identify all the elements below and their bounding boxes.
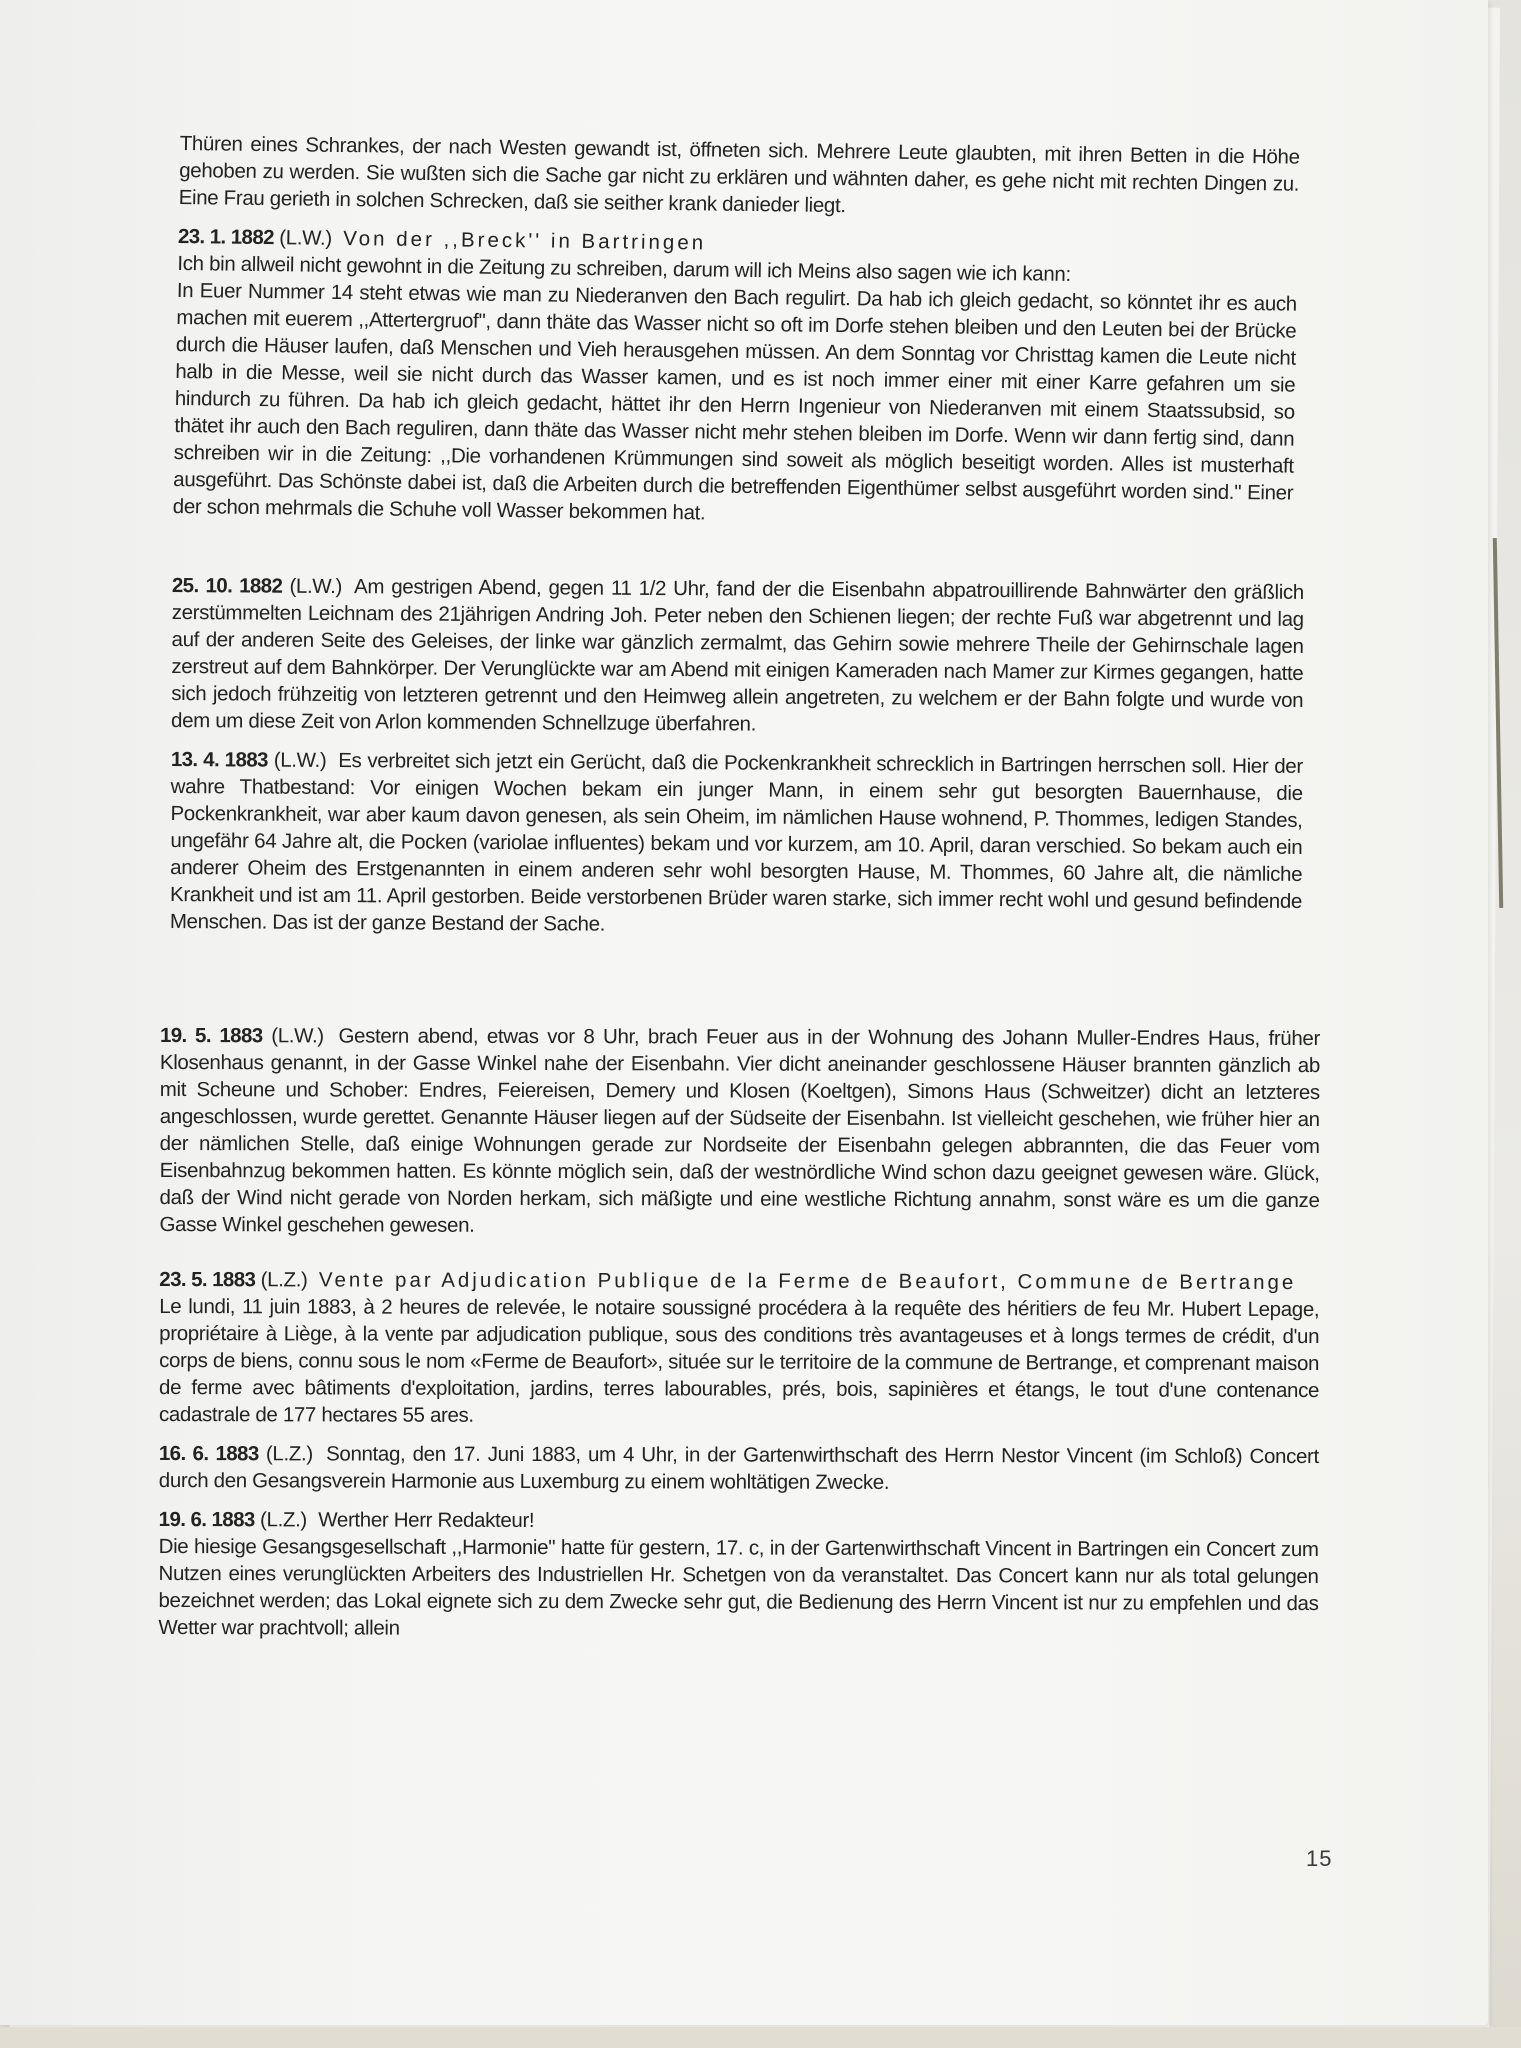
- entry-source: (L.W.): [289, 575, 342, 598]
- entry-date: 19. 6. 1883: [159, 1508, 255, 1531]
- entry-source: (L.W.): [274, 749, 327, 772]
- continuation-paragraph: Thüren eines Schrankes, der nach Westen …: [178, 130, 1299, 225]
- entry-1882-01-23: 23. 1. 1882 (L.W.) Von der ,,Breck'' in …: [173, 223, 1299, 534]
- entry-headline: Von der ,,Breck'' in Bartringen: [343, 227, 706, 254]
- entry-source: (L.Z.): [260, 1508, 307, 1531]
- entry-date: 19. 5. 1883: [160, 1024, 263, 1047]
- entry-source: (L.W.): [279, 226, 332, 250]
- entry-source: (L.Z.): [261, 1268, 308, 1291]
- entry-date: 23. 1. 1882: [178, 225, 274, 249]
- entry-headline: Vente par Adjudication Publique de la Fe…: [319, 1268, 1297, 1294]
- entry-1883-04-13: 13. 4. 1883 (L.W.) Es verbreitet sich je…: [170, 746, 1303, 942]
- entry-date: 13. 4. 1883: [171, 748, 268, 772]
- lower-text-block: 19. 5. 1883 (L.W.) Gestern abend, etwas …: [158, 1022, 1320, 1656]
- book-page: Thüren eines Schrankes, der nach Westen …: [0, 0, 1488, 2025]
- entry-source: (L.Z.): [266, 1442, 313, 1465]
- entry-paragraph: Gestern abend, etwas vor 8 Uhr, brach Fe…: [159, 1024, 1320, 1236]
- entry-1883-05-23: 23. 5. 1883 (L.Z.) Vente par Adjudicatio…: [159, 1266, 1319, 1431]
- entry-1883-06-16: 16. 6. 1883 (L.Z.) Sonntag, den 17. Juni…: [159, 1440, 1319, 1497]
- page-bottom-edge: [0, 2027, 1521, 2048]
- entry-paragraph: Sonntag, den 17. Juni 1883, um 4 Uhr, in…: [159, 1442, 1319, 1493]
- entry-paragraph: Die hiesige Gesangsgesellschaft ,,Harmon…: [158, 1533, 1318, 1644]
- entry-paragraph: Es verbreitet sich jetzt ein Gerücht, da…: [170, 749, 1303, 936]
- entry-paragraph: Le lundi, 11 juin 1883, à 2 heures de re…: [159, 1293, 1319, 1431]
- entry-1883-05-19: 19. 5. 1883 (L.W.) Gestern abend, etwas …: [159, 1022, 1320, 1241]
- continuation-text: Thüren eines Schrankes, der nach Westen …: [178, 132, 1299, 217]
- middle-text-block: 25. 10. 1882 (L.W.) Am gestrigen Abend, …: [170, 572, 1304, 954]
- entry-date: 25. 10. 1882: [172, 574, 283, 598]
- upper-text-block: Thüren eines Schrankes, der nach Westen …: [172, 130, 1300, 546]
- entry-source: (L.W.): [271, 1024, 324, 1047]
- entry-1882-10-25: 25. 10. 1882 (L.W.) Am gestrigen Abend, …: [171, 572, 1304, 741]
- entry-paragraph: In Euer Nummer 14 steht etwas wie man zu…: [173, 277, 1298, 534]
- entry-headline: Werther Herr Redakteur!: [318, 1508, 534, 1532]
- entry-date: 23. 5. 1883: [159, 1268, 255, 1291]
- entry-1883-06-19: 19. 6. 1883 (L.Z.) Werther Herr Redakteu…: [158, 1506, 1318, 1644]
- entry-date: 16. 6. 1883: [159, 1442, 259, 1465]
- page-number: 15: [1306, 1846, 1332, 1872]
- entry-paragraph: Am gestrigen Abend, gegen 11 1/2 Uhr, fa…: [171, 575, 1304, 735]
